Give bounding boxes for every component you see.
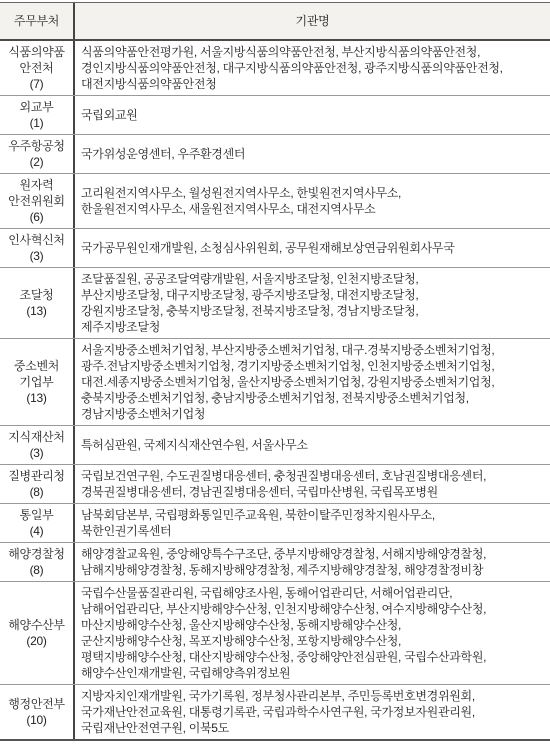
ministry-cell: 원자력안전위원회(6) — [0, 174, 75, 228]
agency-line: 지방자치인재개발원, 국가기록원, 정부청사관리본부, 주민등록번호변경위원회, — [81, 688, 548, 704]
table-row: 해양수산부(20)국립수산물품질관리원, 국립해양조사원, 동해어업관리단, 서… — [0, 582, 550, 685]
ministry-count: (8) — [30, 562, 44, 578]
table-row: 조달청(13)조달품질원, 공공조달역량개발원, 서울지방조달청, 인천지방조달… — [0, 268, 550, 339]
agency-line: 조달품질원, 공공조달역량개발원, 서울지방조달청, 인천지방조달청, — [81, 271, 548, 287]
agency-line: 마산지방해양수산청, 울산지방해양수산청, 동해지방해양수산청, — [81, 617, 548, 633]
ministry-name: 행정안전부 — [8, 696, 64, 712]
agency-line: 남북회담본부, 국립평화통일민주교육원, 북한이탈주민정착지원사무소, — [81, 507, 548, 523]
agency-line: 군산지방해양수산청, 목포지방해양수산청, 포항지방해양수산청, — [81, 633, 548, 649]
table-row: 중소벤처기업부(13)서울지방중소벤처기업청, 부산지방중소벤처기업청, 대구.… — [0, 339, 550, 426]
agency-cell: 식품의약품안전평가원, 서울지방식품의약품안전청, 부산지방식품의약품안전청,경… — [75, 41, 550, 95]
agency-cell: 조달품질원, 공공조달역량개발원, 서울지방조달청, 인천지방조달청,부산지방조… — [75, 268, 550, 338]
agency-line: 북한인권기록센터 — [81, 523, 548, 539]
agency-cell: 남북회담본부, 국립평화통일민주교육원, 북한이탈주민정착지원사무소,북한인권기… — [75, 504, 550, 542]
agency-line: 경북권질병대응센터, 경남권질병대응센터, 국립마산병원, 국립목포병원 — [81, 484, 548, 500]
ministry-count: (8) — [30, 484, 44, 500]
table-body: 식품의약품안전처(7)식품의약품안전평가원, 서울지방식품의약품안전청, 부산지… — [0, 41, 550, 739]
agency-line: 경인지방식품의약품안전청, 대구지방식품의약품안전청, 광주지방식품의약품안전청… — [81, 60, 548, 76]
ministry-name: 조달청 — [20, 287, 54, 303]
table-row: 인사혁신처(3)국가공무원인재개발원, 소청심사위원회, 공무원재해보상연금위원… — [0, 229, 550, 268]
table-row: 통일부(4)남북회담본부, 국립평화통일민주교육원, 북한이탈주민정착지원사무소… — [0, 504, 550, 543]
agency-line: 해양경찰교육원, 중앙해양특수구조단, 중부지방해양경찰청, 서해지방해양경찰청… — [81, 546, 548, 562]
agency-line: 한울원전지역사무소, 새울원전지역사무소, 대전지역사무소 — [81, 201, 548, 217]
agency-cell: 국가공무원인재개발원, 소청심사위원회, 공무원재해보상연금위원회사무국 — [75, 229, 550, 267]
ministry-name: 안전위원회 — [8, 193, 64, 209]
ministry-name: 식품의약품 — [8, 44, 64, 60]
ministry-name: 원자력 — [20, 177, 54, 193]
agency-line: 고리원전지역사무소, 월성원전지역사무소, 한빛원전지역사무소, — [81, 185, 548, 201]
agency-line: 제주지방조달청 — [81, 319, 548, 335]
ministry-name: 우주항공청 — [8, 138, 64, 154]
ministry-cell: 외교부(1) — [0, 96, 75, 134]
agency-line: 특허심판원, 국제지식재산연수원, 서울사무소 — [81, 437, 548, 453]
ministry-count: (6) — [30, 209, 44, 225]
agency-line: 강원지방조달청, 충북지방조달청, 전북지방조달청, 경남지방조달청, — [81, 303, 548, 319]
ministry-count: (1) — [30, 115, 44, 131]
header-cell-agency: 기관명 — [75, 3, 550, 39]
agency-line: 광주.전남지방중소벤처기업청, 경기지방중소벤처기업청, 인천지방중소벤처기업청… — [81, 358, 548, 374]
agency-line: 충북지방중소벤처기업청, 충남지방중소벤처기업청, 전북지방중소벤처기업청, — [81, 390, 548, 406]
ministry-name: 해양수산부 — [8, 617, 64, 633]
ministry-count: (7) — [30, 76, 44, 92]
table-row: 우주항공청(2)국가위성운영센터, 우주환경센터 — [0, 135, 550, 174]
ministry-cell: 질병관리청(8) — [0, 465, 75, 503]
table-row: 행정안전부(10)지방자치인재개발원, 국가기록원, 정부청사관리본부, 주민등… — [0, 685, 550, 739]
agency-cell: 특허심판원, 국제지식재산연수원, 서울사무소 — [75, 426, 550, 464]
agency-line: 국립재난안전연구원, 이북5도 — [81, 720, 548, 736]
table-row: 원자력안전위원회(6)고리원전지역사무소, 월성원전지역사무소, 한빛원전지역사… — [0, 174, 550, 229]
table-row: 해양경찰청(8)해양경찰교육원, 중앙해양특수구조단, 중부지방해양경찰청, 서… — [0, 543, 550, 582]
agency-line: 평택지방해양수산청, 대산지방해양수산청, 중앙해양안전심판원, 국립수산과학원… — [81, 649, 548, 665]
agency-line: 대전지방식품의약품안전청 — [81, 76, 548, 92]
agency-cell: 국가위성운영센터, 우주환경센터 — [75, 135, 550, 173]
agency-line: 부산지방조달청, 대구지방조달청, 광주지방조달청, 대전지방조달청, — [81, 287, 548, 303]
ministry-cell: 우주항공청(2) — [0, 135, 75, 173]
table-header-row: 주무부처 기관명 — [0, 3, 550, 41]
agency-line: 국가위성운영센터, 우주환경센터 — [81, 146, 548, 162]
ministry-name: 중소벤처 — [14, 358, 59, 374]
agency-line: 서울지방중소벤처기업청, 부산지방중소벤처기업청, 대구.경북지방중소벤처기업청… — [81, 342, 548, 358]
ministry-agency-table: 주무부처 기관명 식품의약품안전처(7)식품의약품안전평가원, 서울지방식품의약… — [0, 2, 550, 741]
agency-line: 식품의약품안전평가원, 서울지방식품의약품안전청, 부산지방식품의약품안전청, — [81, 44, 548, 60]
header-cell-ministry: 주무부처 — [0, 3, 75, 39]
ministry-count: (20) — [26, 633, 46, 649]
agency-line: 남해어업관리단, 부산지방해양수산청, 인천지방해양수산청, 여수지방해양수산청… — [81, 601, 548, 617]
agency-cell: 국립수산물품질관리원, 국립해양조사원, 동해어업관리단, 서해어업관리단,남해… — [75, 582, 550, 684]
table-row: 지식재산처(3)특허심판원, 국제지식재산연수원, 서울사무소 — [0, 426, 550, 465]
agency-cell: 해양경찰교육원, 중앙해양특수구조단, 중부지방해양경찰청, 서해지방해양경찰청… — [75, 543, 550, 581]
agency-line: 국가재난안전교육원, 대통령기록관, 국립과학수사연구원, 국가정보자원관리원, — [81, 704, 548, 720]
table-row: 질병관리청(8)국립보건연구원, 수도권질병대응센터, 충청권질병대응센터, 호… — [0, 465, 550, 504]
ministry-count: (13) — [26, 390, 46, 406]
ministry-name: 안전처 — [20, 60, 54, 76]
ministry-count: (3) — [30, 248, 44, 264]
ministry-cell: 인사혁신처(3) — [0, 229, 75, 267]
ministry-count: (13) — [26, 303, 46, 319]
agency-line: 남해지방해양경찰청, 동해지방해양경찰청, 제주지방해양경찰청, 해양경찰정비창 — [81, 562, 548, 578]
agency-line: 국립보건연구원, 수도권질병대응센터, 충청권질병대응센터, 호남권질병대응센터… — [81, 468, 548, 484]
ministry-cell: 해양수산부(20) — [0, 582, 75, 684]
ministry-cell: 해양경찰청(8) — [0, 543, 75, 581]
table-row: 외교부(1)국립외교원 — [0, 96, 550, 135]
ministry-cell: 행정안전부(10) — [0, 685, 75, 739]
agency-line: 국립외교원 — [81, 107, 548, 123]
agency-line: 경남지방중소벤처기업청 — [81, 406, 548, 422]
agency-cell: 지방자치인재개발원, 국가기록원, 정부청사관리본부, 주민등록번호변경위원회,… — [75, 685, 550, 739]
ministry-name: 해양경찰청 — [8, 546, 64, 562]
ministry-cell: 통일부(4) — [0, 504, 75, 542]
agency-line: 국립수산물품질관리원, 국립해양조사원, 동해어업관리단, 서해어업관리단, — [81, 585, 548, 601]
ministry-count: (4) — [30, 523, 44, 539]
ministry-cell: 조달청(13) — [0, 268, 75, 338]
agency-line: 해양수산인재개발원, 국립해양측위정보원 — [81, 665, 548, 681]
agency-cell: 국립외교원 — [75, 96, 550, 134]
ministry-name: 외교부 — [20, 99, 54, 115]
ministry-name: 통일부 — [20, 507, 54, 523]
ministry-cell: 지식재산처(3) — [0, 426, 75, 464]
ministry-cell: 식품의약품안전처(7) — [0, 41, 75, 95]
ministry-count: (2) — [30, 154, 44, 170]
ministry-count: (3) — [30, 445, 44, 461]
agency-cell: 고리원전지역사무소, 월성원전지역사무소, 한빛원전지역사무소,한울원전지역사무… — [75, 174, 550, 228]
ministry-name: 기업부 — [20, 374, 54, 390]
ministry-cell: 중소벤처기업부(13) — [0, 339, 75, 425]
ministry-name: 질병관리청 — [8, 468, 64, 484]
ministry-name: 지식재산처 — [8, 429, 64, 445]
table-row: 식품의약품안전처(7)식품의약품안전평가원, 서울지방식품의약품안전청, 부산지… — [0, 41, 550, 96]
agency-line: 국가공무원인재개발원, 소청심사위원회, 공무원재해보상연금위원회사무국 — [81, 240, 548, 256]
agency-cell: 국립보건연구원, 수도권질병대응센터, 충청권질병대응센터, 호남권질병대응센터… — [75, 465, 550, 503]
agency-cell: 서울지방중소벤처기업청, 부산지방중소벤처기업청, 대구.경북지방중소벤처기업청… — [75, 339, 550, 425]
ministry-name: 인사혁신처 — [8, 232, 64, 248]
agency-line: 대전.세종지방중소벤처기업청, 울산지방중소벤처기업청, 강원지방중소벤처기업청… — [81, 374, 548, 390]
ministry-count: (10) — [26, 712, 46, 728]
